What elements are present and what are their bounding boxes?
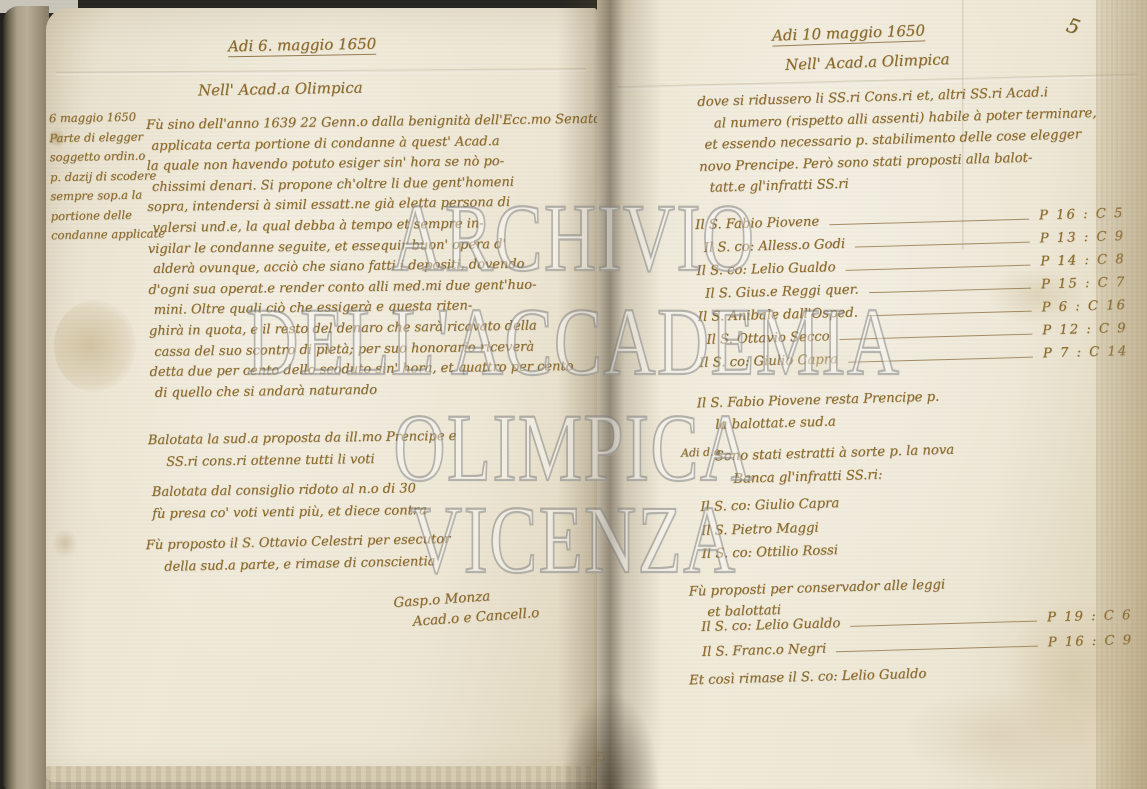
leader-line: [840, 334, 1033, 340]
secretary-signature: Gasp.o Monza Acad.o e Cancell.o: [393, 583, 540, 633]
candidate-name: Il S. Anibale dall'Osped.: [698, 305, 859, 324]
manuscript-scan: Adi 6. maggio 1650 Nell' Acad.a Olimpica…: [0, 0, 1147, 789]
stain: [987, 265, 1087, 325]
gutter-bottom-shadow: [560, 690, 660, 789]
left-proposal-note: Fù proposto il S. Ottavio Celestri per e…: [146, 529, 451, 579]
candidate-name: Il S. co: Lelio Gualdo: [701, 616, 841, 635]
highlight: [757, 330, 877, 400]
candidate-name: Il S. Gius.e Reggi quer.: [705, 282, 859, 301]
paper-crease: [56, 68, 586, 76]
leader-line: [836, 646, 1038, 653]
left-heading-academy: Nell' Acad.a Olimpica: [198, 79, 363, 100]
stain: [54, 300, 136, 392]
candidate-name: Il S. Fabio Piovene: [695, 215, 819, 233]
left-ballot-note-2: Balotata dal consiglio ridoto al n.o di …: [152, 478, 427, 526]
right-body-paragraph: dove si ridussero li SS.ri Cons.ri et, a…: [697, 79, 1147, 200]
right-page: 5 Adi 10 maggio 1650 Nell' Acad.a Olimpi…: [597, 0, 1147, 789]
leader-line: [855, 242, 1030, 248]
book-gutter-shadow: [558, 0, 662, 789]
candidate-name: Il S. co: Alless.o Godi: [704, 237, 846, 256]
candidate-name: Il S. co: Lelio Gualdo: [696, 260, 836, 279]
page-number: 5: [1064, 13, 1084, 40]
left-body-paragraph: Fù sino dell'anno 1639 22 Genn.o dalla b…: [146, 110, 612, 405]
sortition-names: Il S. co: Giulio Capra Il S. Pietro Magg…: [700, 492, 841, 566]
book-cover-edge: [3, 6, 49, 789]
leader-line: [829, 219, 1029, 226]
stain: [52, 528, 78, 558]
stain: [48, 128, 66, 148]
left-page: Adi 6. maggio 1650 Nell' Acad.a Olimpica…: [46, 8, 597, 782]
right-heading-academy: Nell' Acad.a Olimpica: [785, 50, 950, 74]
right-heading-date: Adi 10 maggio 1650: [772, 21, 926, 44]
leader-line: [850, 621, 1037, 627]
stain: [907, 690, 1087, 780]
left-heading-date: Adi 6. maggio 1650: [228, 35, 377, 56]
closing-note: Et così rimase il S. co: Lelio Gualdo: [689, 667, 927, 689]
sortition-note: Sono stati estratti à sorte p. la nova B…: [714, 439, 955, 492]
left-ballot-note-1: Balotata la sud.a proposta da ill.mo Pre…: [148, 426, 457, 474]
page-stack-edge: [46, 766, 597, 789]
leader-line: [846, 265, 1031, 271]
candidate-name: Il S. Franc.o Negri: [702, 642, 827, 660]
page-block-edge: [1096, 0, 1147, 789]
